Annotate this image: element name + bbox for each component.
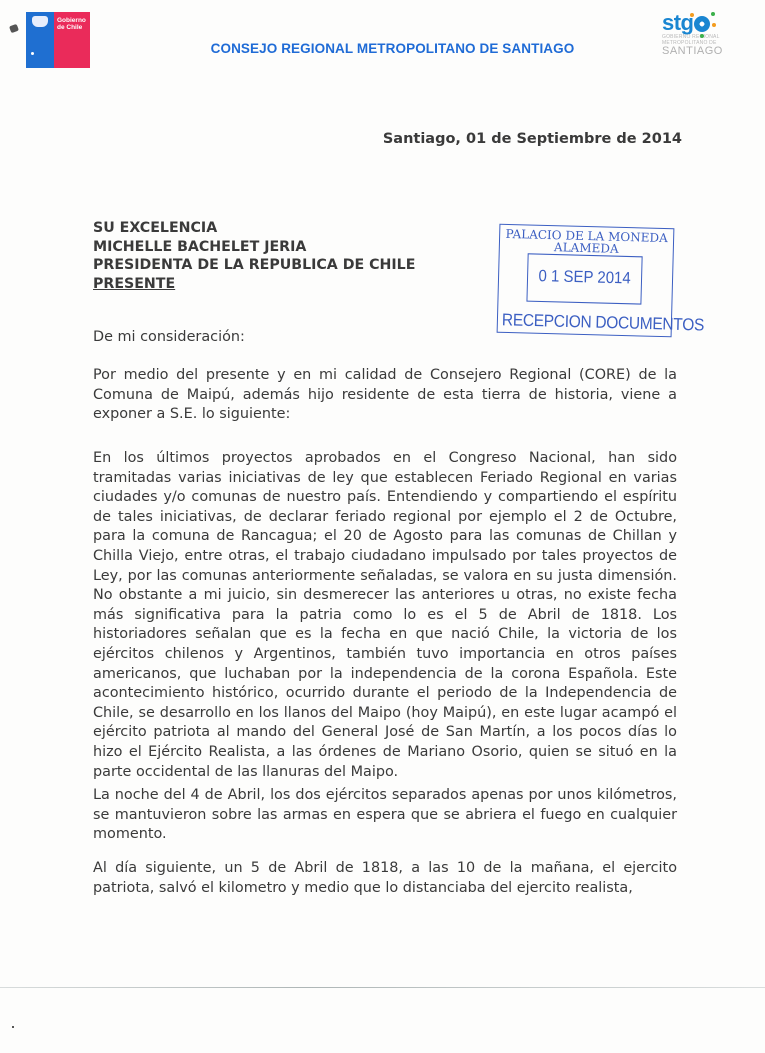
gobierno-de-chile-logo: Gobierno de Chile (26, 12, 90, 68)
stgo-logo: stg GOBIERNO REGIONAL METROPOLITANO DE S… (662, 12, 732, 57)
recipient-name: MICHELLE BACHELET JERIA (93, 238, 415, 257)
paragraph-4: Al día siguiente, un 5 de Abril de 1818,… (93, 859, 677, 898)
scan-artifact-dot (12, 1026, 14, 1028)
paragraph-1: Por medio del presente y en mi calidad d… (93, 366, 677, 425)
greeting: De mi consideración: (93, 328, 677, 348)
paragraph-3: La noche del 4 de Abril, los dos ejércit… (93, 786, 677, 845)
stgo-word: stg (662, 10, 694, 35)
paragraph-2: En los últimos proyectos aprobados en el… (93, 449, 677, 782)
stamp-header: PALACIO DE LA MONEDA ALAMEDA (500, 228, 674, 257)
scan-fold-line (0, 987, 765, 988)
recipient-presente: PRESENTE (93, 275, 415, 294)
coat-of-arms-icon (32, 16, 48, 27)
gov-logo-text: Gobierno de Chile (54, 12, 90, 68)
globe-icon (694, 16, 710, 32)
letter-date: Santiago, 01 de Septiembre de 2014 (383, 131, 682, 147)
stamp-date: 0 1 SEP 2014 (526, 253, 642, 304)
council-title: CONSEJO REGIONAL METROPOLITANO DE SANTIA… (0, 41, 765, 56)
recipient-position: PRESIDENTA DE LA REPUBLICA DE CHILE (93, 256, 415, 275)
recipient-title: SU EXCELENCIA (93, 219, 415, 238)
reception-stamp: PALACIO DE LA MONEDA ALAMEDA 0 1 SEP 201… (497, 224, 675, 338)
scan-artifact (9, 24, 19, 33)
stgo-city: SANTIAGO (662, 46, 732, 57)
flag-blue-panel (26, 12, 54, 68)
recipient-block: SU EXCELENCIA MICHELLE BACHELET JERIA PR… (93, 219, 415, 293)
